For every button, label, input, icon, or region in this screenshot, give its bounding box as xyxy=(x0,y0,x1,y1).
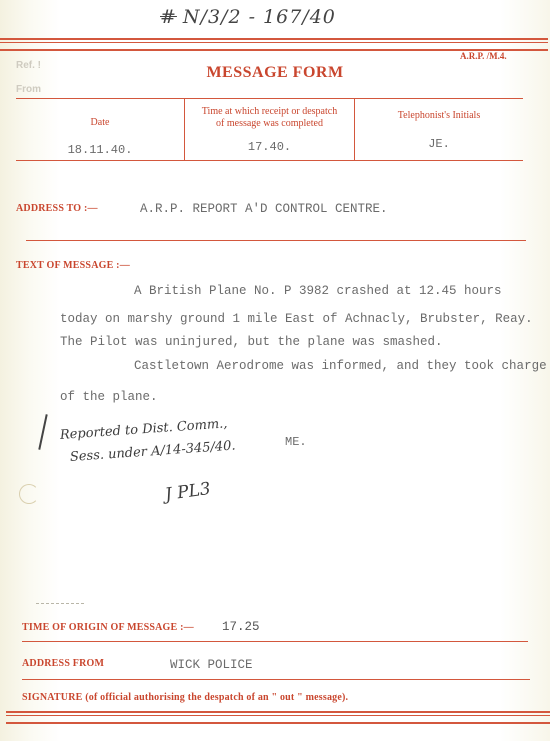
handwritten-reference: #N/3/2 - 167/40 xyxy=(160,6,336,28)
date-heading: Date xyxy=(16,117,184,129)
header-table-bottom-rule xyxy=(16,160,523,161)
telephonist-initials-heading: Telephonist's Initials xyxy=(355,110,523,122)
message-line-5: of the plane. xyxy=(60,390,158,404)
date-value: 18.11.40. xyxy=(16,143,184,157)
telephonist-initials-value: JE. xyxy=(355,137,523,151)
text-of-message-label: TEXT OF MESSAGE :— xyxy=(16,260,130,271)
time-completed-heading-line-2: of message was completed xyxy=(185,118,354,130)
address-from-rule xyxy=(22,679,530,680)
form-code: A.R.P. /M.4. xyxy=(460,51,507,61)
message-line-2: today on marshy ground 1 mile East of Ac… xyxy=(60,312,533,326)
top-triple-rule xyxy=(0,38,548,51)
perforation-mark xyxy=(36,603,84,604)
message-form-page: #N/3/2 - 167/40 Ref. ! From A.R.P. /M.4.… xyxy=(0,0,550,741)
faded-from-label: From xyxy=(16,84,41,95)
message-line-4: Castletown Aerodrome was informed, and t… xyxy=(134,359,547,373)
time-of-origin-rule xyxy=(22,641,528,642)
bottom-triple-rule xyxy=(6,711,550,724)
message-line-3: The Pilot was uninjured, but the plane w… xyxy=(60,335,443,349)
address-to-rule xyxy=(26,240,526,241)
time-of-origin-label: TIME OF ORIGIN OF MESSAGE :— xyxy=(22,622,194,633)
handwritten-note-line-2: Sess. under A/14-345/40. xyxy=(69,438,236,465)
handwritten-note-line-1: Reported to Dist. Comm., xyxy=(59,416,227,443)
header-table-top-rule xyxy=(16,98,523,99)
punch-hole-mark xyxy=(19,484,39,504)
time-completed-heading-line-1: Time at which receipt or despatch xyxy=(185,106,354,118)
address-to-label: ADDRESS TO :— xyxy=(16,203,98,214)
typed-initials: ME. xyxy=(285,435,307,449)
time-completed-heading: Time at which receipt or despatch of mes… xyxy=(185,106,354,130)
address-from-label: ADDRESS FROM xyxy=(22,658,104,669)
form-title: MESSAGE FORM xyxy=(0,64,550,82)
header-col-divider-2 xyxy=(354,98,355,161)
address-from-value: WICK POLICE xyxy=(170,658,253,672)
time-completed-value: 17.40. xyxy=(185,140,354,154)
time-of-origin-value: 17.25 xyxy=(222,620,260,634)
signature-label: SIGNATURE (of official authorising the d… xyxy=(22,692,348,703)
handwritten-initials: J PL3 xyxy=(164,479,212,505)
handwritten-margin-stroke xyxy=(38,414,47,450)
address-to-value: A.R.P. REPORT A'D CONTROL CENTRE. xyxy=(140,202,388,216)
message-line-1: A British Plane No. P 3982 crashed at 12… xyxy=(134,284,502,298)
